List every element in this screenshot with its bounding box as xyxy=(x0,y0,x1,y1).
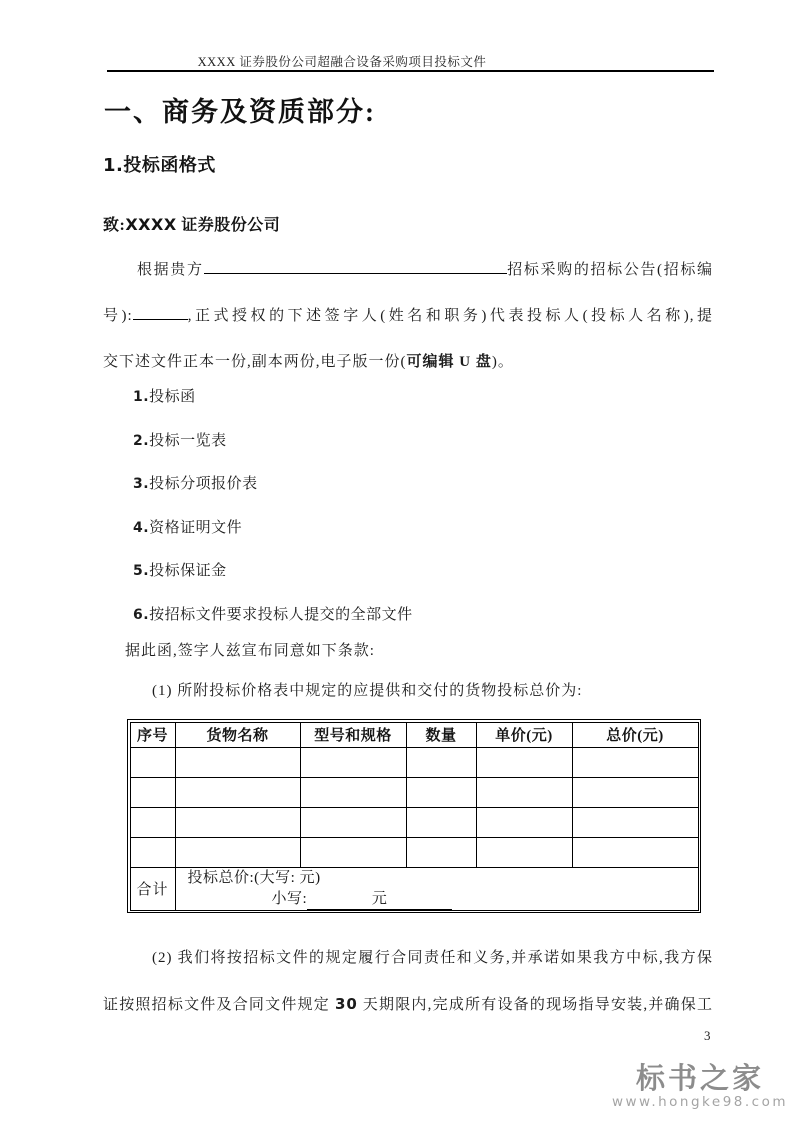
list-item: 4.资格证明文件 xyxy=(133,507,413,551)
table-cell xyxy=(406,777,476,807)
document-list: 1.投标函2.投标一览表3.投标分项报价表4.资格证明文件5.投标保证金6.按招… xyxy=(133,376,413,637)
subsection-number: 1. xyxy=(103,155,123,176)
price-table: 序号货物名称型号和规格数量单价(元)总价(元) 合计 投标总价:(大写: 元) … xyxy=(130,722,699,911)
list-item: 1.投标函 xyxy=(133,376,413,420)
clause-1-text: 所附投标价格表中规定的应提供和交付的货物投标总价为: xyxy=(173,683,583,699)
table-cell xyxy=(476,777,572,807)
table-header-cell: 数量 xyxy=(406,722,476,747)
salutation-line: 致:XXXX 证券股份公司 xyxy=(103,212,280,235)
table-cell xyxy=(476,837,572,867)
salutation-prefix: 致: xyxy=(103,217,125,234)
table-cell xyxy=(130,837,175,867)
table-cell xyxy=(175,837,300,867)
total-amount-figures: 小写:元 xyxy=(176,889,698,910)
table-cell xyxy=(130,807,175,837)
table-header-cell: 单价(元) xyxy=(476,722,572,747)
list-item-text: 投标分项报价表 xyxy=(149,476,258,492)
table-cell xyxy=(300,807,406,837)
table-cell xyxy=(406,747,476,777)
table-cell xyxy=(572,777,698,807)
clause-2-line-2: 证按照招标文件及合同文件规定 30 天期限内,完成所有设备的现场指导安装,并确保… xyxy=(103,981,713,1027)
intro-l1-lead: 根据贵方 xyxy=(137,262,204,278)
total-figures-label: 小写: xyxy=(272,891,308,907)
intro-l2-rest: ,正式授权的下述签字人(姓名和职务)代表投标人(投标人名称),提 xyxy=(188,308,713,324)
total-value-cell: 投标总价:(大写: 元) 小写:元 xyxy=(175,867,698,910)
intro-l3-pre: 交下述文件正本一份,副本两份,电子版一份( xyxy=(103,354,407,370)
table-header-cell: 货物名称 xyxy=(175,722,300,747)
intro-l3-post: )。 xyxy=(492,354,514,370)
clause-2-number: (2) xyxy=(152,950,173,966)
intro-line-2: 号):,正式授权的下述签字人(姓名和职务)代表投标人(投标人名称),提 xyxy=(103,293,713,339)
table-header-cell: 序号 xyxy=(130,722,175,747)
table-cell xyxy=(406,837,476,867)
list-item: 5.投标保证金 xyxy=(133,550,413,594)
watermark: 标书之家 www.hongke98.com xyxy=(612,1064,788,1110)
table-row xyxy=(130,747,698,777)
table-cell xyxy=(572,807,698,837)
price-table-total-row: 合计 投标总价:(大写: 元) 小写:元 xyxy=(130,867,698,910)
watermark-url: www.hongke98.com xyxy=(612,1096,788,1110)
list-item: 6.按招标文件要求投标人提交的全部文件 xyxy=(133,594,413,638)
blank-tender-name xyxy=(204,257,507,274)
list-item: 2.投标一览表 xyxy=(133,420,413,464)
table-cell xyxy=(130,777,175,807)
clause-2-l2-pre: 证按照招标文件及合同文件规定 xyxy=(103,997,335,1013)
intro-l2-lead: 号): xyxy=(103,308,133,324)
clause-1-number: (1) xyxy=(152,683,173,699)
list-item-number: 5. xyxy=(133,563,149,579)
list-item-text: 按招标文件要求投标人提交的全部文件 xyxy=(149,607,413,623)
list-item-text: 投标保证金 xyxy=(149,563,227,579)
table-row xyxy=(130,837,698,867)
document-page: XXXX 证券股份公司超融合设备采购项目投标文件 一、商务及资质部分: 1.投标… xyxy=(0,0,793,1122)
intro-line-1: 根据贵方招标采购的招标公告(招标编 xyxy=(103,247,713,293)
clause-2-line-1: (2) 我们将按招标文件的规定履行合同责任和义务,并承诺如果我方中标,我方保 xyxy=(103,935,713,981)
price-table-header-row: 序号货物名称型号和规格数量单价(元)总价(元) xyxy=(130,722,698,747)
header-rule xyxy=(107,70,714,72)
blank-amount-figures: 元 xyxy=(307,890,452,910)
clause-2-l2-post: 天期限内,完成所有设备的现场指导安装,并确保工 xyxy=(358,997,713,1013)
blank-tender-number xyxy=(133,303,188,320)
intro-l3-bold: 可编辑 U 盘 xyxy=(407,354,492,370)
table-cell xyxy=(300,837,406,867)
clause-2-l2-days: 30 xyxy=(335,995,358,1013)
list-item-text: 资格证明文件 xyxy=(149,520,242,536)
price-table-wrapper: 序号货物名称型号和规格数量单价(元)总价(元) 合计 投标总价:(大写: 元) … xyxy=(127,719,701,913)
list-item-number: 1. xyxy=(133,389,149,405)
clause-2: (2) 我们将按招标文件的规定履行合同责任和义务,并承诺如果我方中标,我方保 证… xyxy=(103,935,713,1027)
table-cell xyxy=(175,807,300,837)
total-label-cell: 合计 xyxy=(130,867,175,910)
table-row xyxy=(130,807,698,837)
subsection-title: 1.投标函格式 xyxy=(103,151,216,177)
table-cell xyxy=(406,807,476,837)
table-cell xyxy=(175,747,300,777)
intro-l1-rest: 招标采购的招标公告(招标编 xyxy=(507,262,713,278)
declaration-text: 据此函,签字人兹宣布同意如下条款: xyxy=(125,641,375,661)
subsection-text: 投标函格式 xyxy=(123,155,216,176)
clause-2-l1-text: 我们将按招标文件的规定履行合同责任和义务,并承诺如果我方中标,我方保 xyxy=(173,950,714,966)
list-item-number: 4. xyxy=(133,520,149,536)
watermark-logo-text: 标书之家 xyxy=(612,1064,788,1093)
intro-paragraph: 根据贵方招标采购的招标公告(招标编 号):,正式授权的下述签字人(姓名和职务)代… xyxy=(103,247,713,385)
table-cell xyxy=(175,777,300,807)
list-item-number: 2. xyxy=(133,433,149,449)
salutation-company: XXXX xyxy=(125,215,176,234)
section-title: 一、商务及资质部分: xyxy=(104,90,376,129)
table-header-cell: 总价(元) xyxy=(572,722,698,747)
list-item-number: 6. xyxy=(133,607,149,623)
clause-1: (1) 所附投标价格表中规定的应提供和交付的货物投标总价为: xyxy=(103,681,713,701)
table-cell xyxy=(572,747,698,777)
table-cell xyxy=(300,777,406,807)
list-item-text: 投标一览表 xyxy=(149,433,227,449)
table-cell xyxy=(130,747,175,777)
list-item: 3.投标分项报价表 xyxy=(133,463,413,507)
table-cell xyxy=(476,747,572,777)
list-item-number: 3. xyxy=(133,476,149,492)
total-amount-words: 投标总价:(大写: 元) xyxy=(176,868,698,889)
table-header-cell: 型号和规格 xyxy=(300,722,406,747)
header-title: XXXX 证券股份公司超融合设备采购项目投标文件 xyxy=(0,52,684,70)
table-row xyxy=(130,777,698,807)
table-cell xyxy=(572,837,698,867)
total-unit: 元 xyxy=(372,891,388,907)
page-number: 3 xyxy=(704,1028,711,1044)
table-cell xyxy=(476,807,572,837)
table-cell xyxy=(300,747,406,777)
list-item-text: 投标函 xyxy=(149,389,196,405)
salutation-suffix: 证券股份公司 xyxy=(177,217,281,234)
